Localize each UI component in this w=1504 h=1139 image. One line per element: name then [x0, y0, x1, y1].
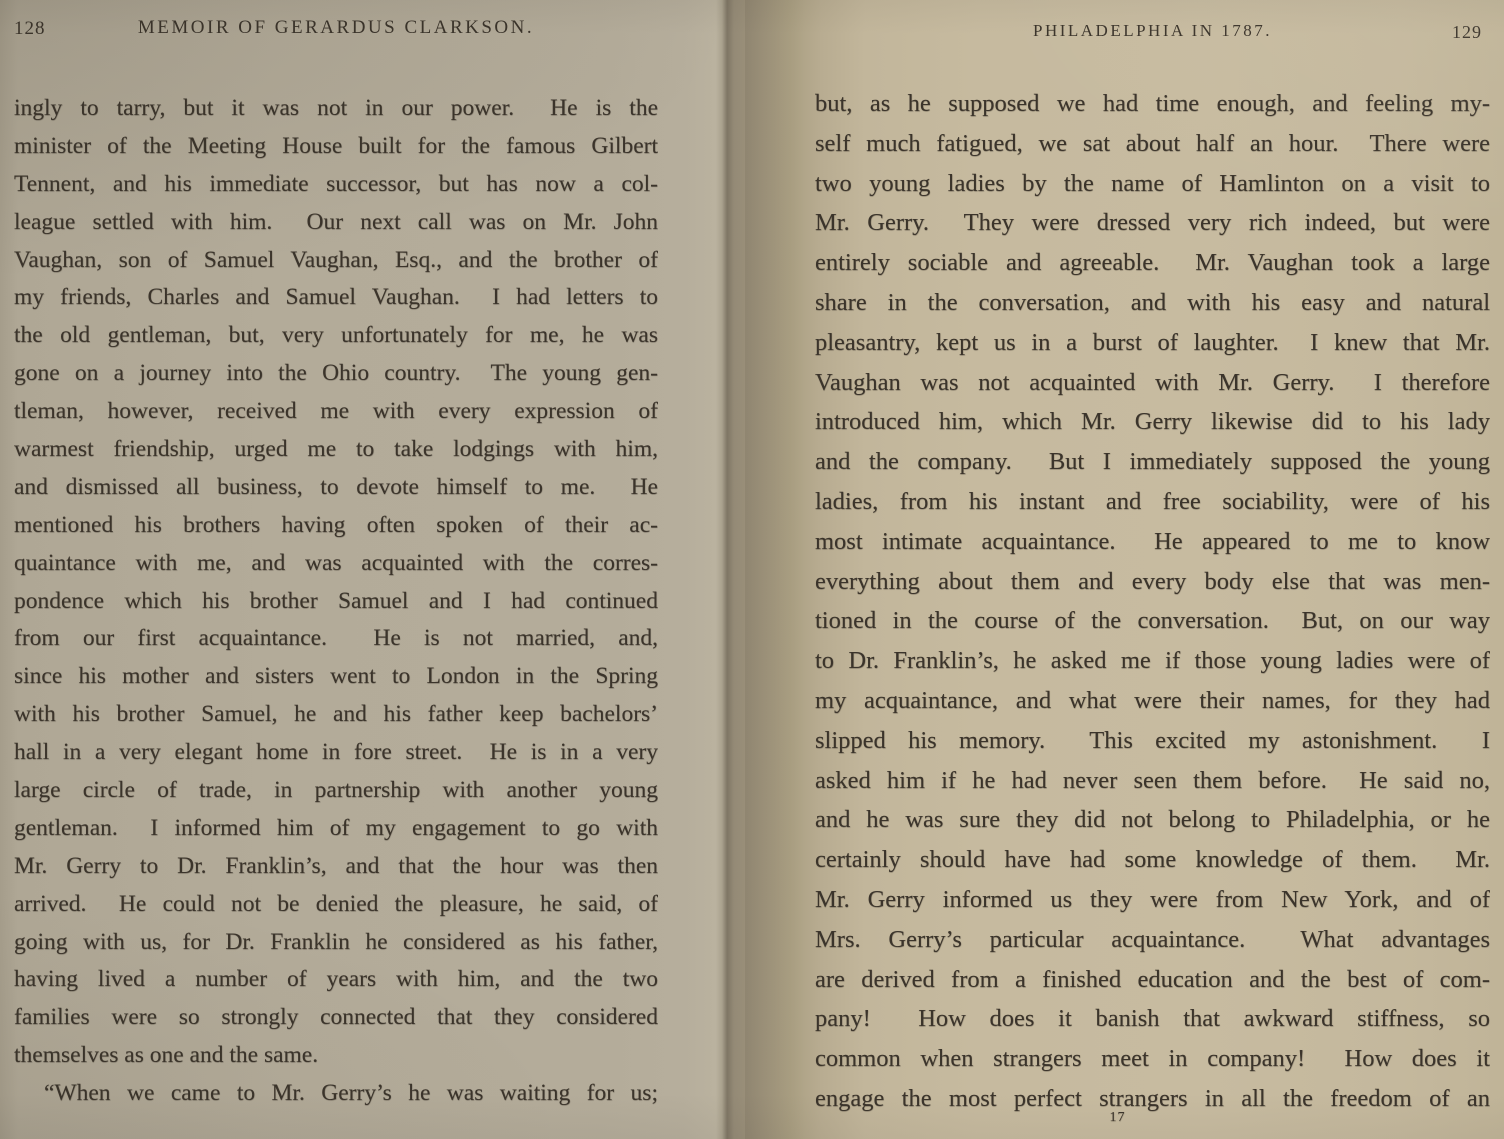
text-line: my friends, Charles and Samuel Vaughan. … [14, 279, 658, 317]
text-line: slipped his memory. This excited my asto… [815, 721, 1490, 761]
right-page: PHILADELPHIA IN 1787. 129 but, as he sup… [745, 0, 1504, 1139]
text-line: Mr. Gerry to Dr. Franklin’s, and that th… [14, 848, 658, 886]
left-running-title: MEMOIR OF GERARDUS CLARKSON. [138, 17, 534, 38]
text-line: tioned in the course of the conversation… [815, 601, 1490, 641]
text-line: minister of the Meeting House built for … [14, 128, 658, 166]
text-line: asked him if he had never seen them befo… [815, 761, 1490, 801]
text-line: themselves as one and the same. [14, 1037, 658, 1075]
text-line: pleasantry, kept us in a burst of laught… [815, 323, 1490, 363]
text-line: Mr. Gerry. They were dressed very rich i… [815, 203, 1490, 243]
text-line: Vaughan, son of Samuel Vaughan, Esq., an… [14, 242, 658, 280]
right-running-header: PHILADELPHIA IN 1787. 129 [815, 21, 1490, 41]
text-line: self much fatigued, we sat about half an… [815, 124, 1490, 164]
right-running-title: PHILADELPHIA IN 1787. [1033, 21, 1272, 40]
text-line: introduced him, which Mr. Gerry likewise… [815, 402, 1490, 442]
left-page-body: ingly to tarry, but it was not in our po… [14, 90, 658, 1113]
text-line: my acquaintance, and what were their nam… [815, 681, 1490, 721]
text-line: warmest friendship, urged me to take lod… [14, 431, 658, 469]
text-line: large circle of trade, in partnership wi… [14, 772, 658, 810]
text-line: certainly should have had some knowledge… [815, 840, 1490, 880]
text-line: Mrs. Gerry’s particular acquaintance. Wh… [815, 920, 1490, 960]
text-line: Mr. Gerry informed us they were from New… [815, 880, 1490, 920]
right-page-number: 129 [1452, 22, 1482, 43]
text-line: common when strangers meet in company! H… [815, 1039, 1490, 1079]
signature-mark: 17 [780, 1110, 1455, 1126]
text-line: tleman, however, received me with every … [14, 393, 658, 431]
text-line: Vaughan was not acquainted with Mr. Gerr… [815, 363, 1490, 403]
text-line: Tennent, and his immediate successor, bu… [14, 166, 658, 204]
left-running-header: 128 MEMOIR OF GERARDUS CLARKSON. [14, 17, 658, 39]
text-line: to Dr. Franklin’s, he asked me if those … [815, 641, 1490, 681]
right-page-body: but, as he supposed we had time enough, … [815, 84, 1490, 1119]
text-line: are derived from a finished education an… [815, 960, 1490, 1000]
text-line: arrived. He could not be denied the plea… [14, 886, 658, 924]
text-line: everything about them and every body els… [815, 562, 1490, 602]
text-line: mentioned his brothers having often spok… [14, 507, 658, 545]
text-line: and dismissed all business, to devote hi… [14, 469, 658, 507]
text-line: having lived a number of years with him,… [14, 961, 658, 999]
text-line: and he was sure they did not belong to P… [815, 800, 1490, 840]
left-page: 128 MEMOIR OF GERARDUS CLARKSON. ingly t… [0, 0, 718, 1139]
text-line: two young ladies by the name of Hamlinto… [815, 164, 1490, 204]
text-line: league settled with him. Our next call w… [14, 204, 658, 242]
text-line: and the company. But I immediately suppo… [815, 442, 1490, 482]
text-line: hall in a very elegant home in fore stre… [14, 734, 658, 772]
text-line: ingly to tarry, but it was not in our po… [14, 90, 658, 128]
text-line: since his mother and sisters went to Lon… [14, 658, 658, 696]
text-line: share in the conversation, and with his … [815, 283, 1490, 323]
text-line: gentleman. I informed him of my engageme… [14, 810, 658, 848]
text-line: the old gentleman, but, very unfortunate… [14, 317, 658, 355]
text-line: from our first acquaintance. He is not m… [14, 620, 658, 658]
text-line: most intimate acquaintance. He appeared … [815, 522, 1490, 562]
text-line: entirely sociable and agreeable. Mr. Vau… [815, 243, 1490, 283]
text-line: going with us, for Dr. Franklin he consi… [14, 924, 658, 962]
text-line: with his brother Samuel, he and his fath… [14, 696, 658, 734]
left-page-number: 128 [14, 18, 46, 40]
text-line: but, as he supposed we had time enough, … [815, 84, 1490, 124]
text-line: quaintance with me, and was acquainted w… [14, 545, 658, 583]
text-line: pondence which his brother Samuel and I … [14, 583, 658, 621]
text-line: ladies, from his instant and free sociab… [815, 482, 1490, 522]
text-line: gone on a journey into the Ohio country.… [14, 355, 658, 393]
book-spread-scan: 128 MEMOIR OF GERARDUS CLARKSON. ingly t… [0, 0, 1504, 1139]
text-line: families were so strongly connected that… [14, 999, 658, 1037]
text-line: pany! How does it banish that awkward st… [815, 999, 1490, 1039]
text-line: “When we came to Mr. Gerry’s he was wait… [14, 1075, 658, 1113]
